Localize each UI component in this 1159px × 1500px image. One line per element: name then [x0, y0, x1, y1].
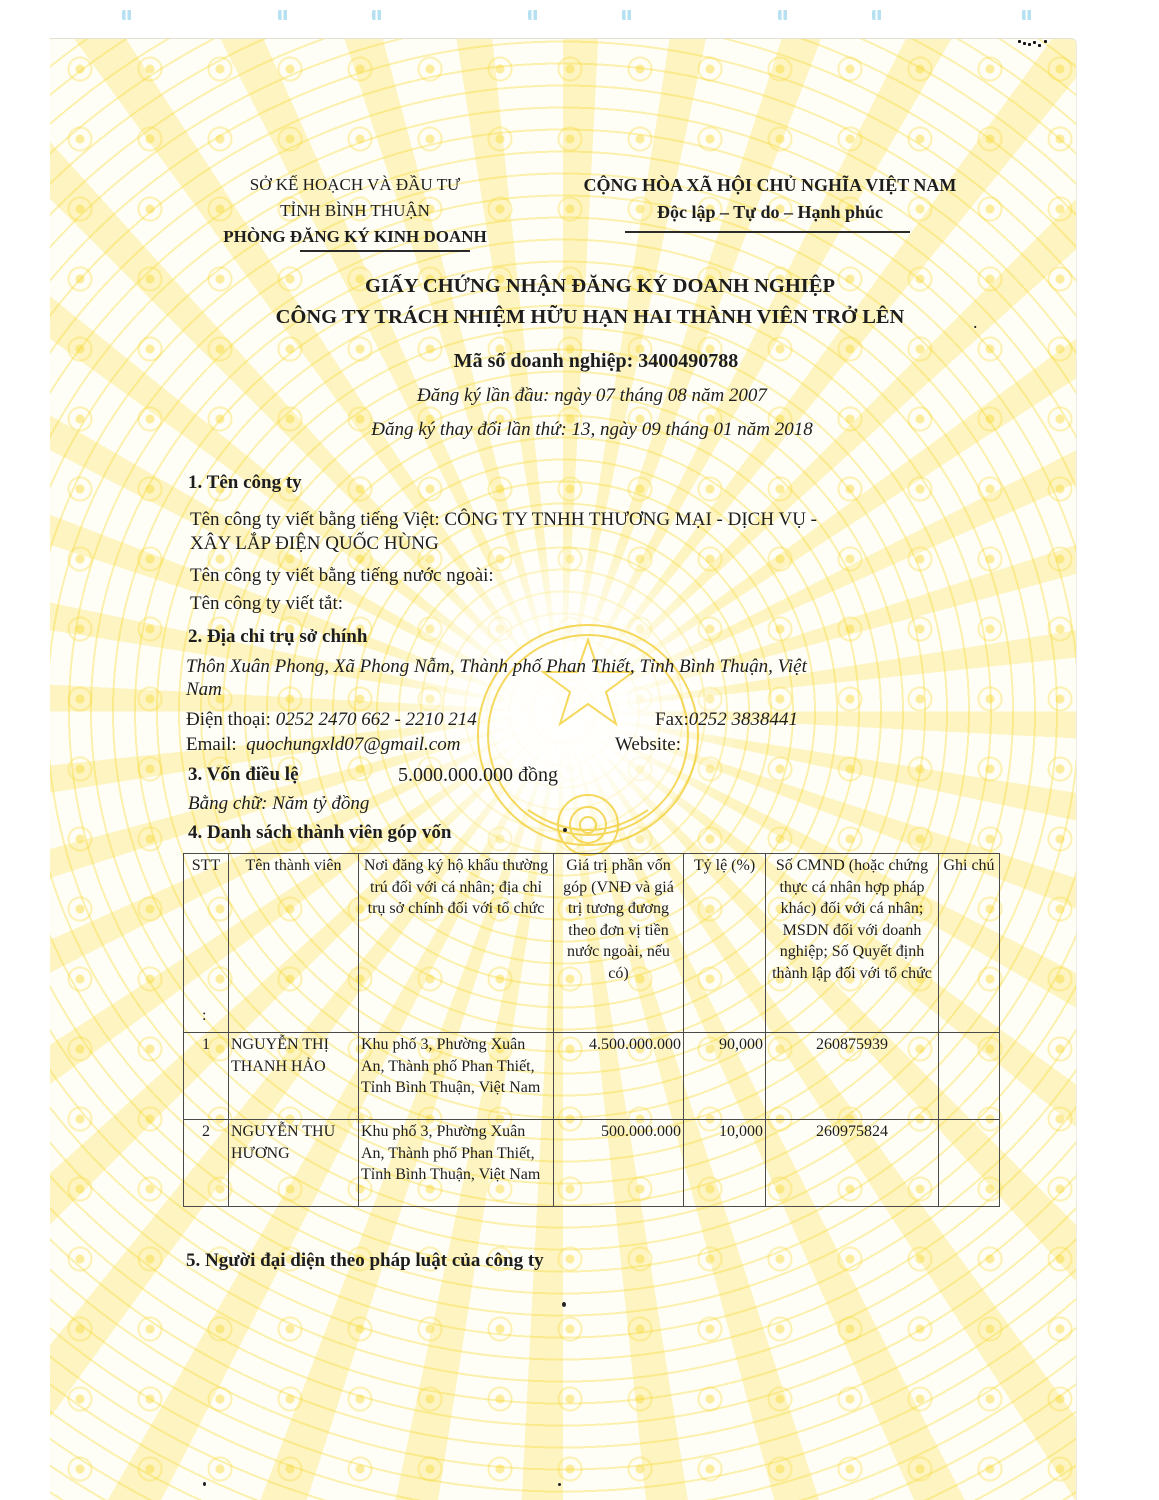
charter-capital-amount: 5.000.000.000 đồng [398, 764, 558, 787]
scanner-marks [0, 10, 1159, 24]
scan-mark [122, 10, 134, 20]
authority-department: SỞ KẾ HOẠCH VÀ ĐẦU TƯ [190, 172, 520, 198]
document-title: GIẤY CHỨNG NHẬN ĐĂNG KÝ DOANH NGHIỆP [180, 275, 1020, 298]
email-value: quochungxld07@gmail.com [246, 734, 460, 755]
scan-mark [278, 10, 290, 20]
fax-label: Fax: [655, 709, 689, 730]
stt-mark: : [202, 1005, 206, 1027]
col-capital-value: Giá trị phần vốn góp (VNĐ và giá trị tươ… [554, 854, 684, 1033]
fax-value: 0252 3838441 [689, 709, 798, 730]
cell-address: Khu phố 3, Phường Xuân An, Thành phố Pha… [359, 1120, 554, 1207]
cell-member-name: NGUYỄN THỊ THANH HẢO [229, 1033, 359, 1120]
first-registration-date: Đăng ký lần đầu: ngày 07 tháng 08 năm 20… [172, 385, 1012, 407]
phone-row: Điện thoại: 0252 2470 662 - 2210 214 [186, 709, 477, 731]
company-name-vietnamese-cont: XÂY LẮP ĐIỆN QUỐC HÙNG [190, 533, 439, 555]
section-2-heading: 2. Địa chỉ trụ sở chính [188, 626, 367, 648]
company-name-short: Tên công ty viết tắt: [190, 593, 343, 615]
section-3-heading: 3. Vốn điều lệ [188, 764, 299, 786]
company-name-vietnamese: Tên công ty viết bằng tiếng Việt: CÔNG T… [190, 509, 817, 531]
section-5-heading: 5. Người đại diện theo pháp luật của côn… [186, 1250, 544, 1272]
section-4-heading: 4. Danh sách thành viên góp vốn [188, 822, 451, 844]
ink-speck [563, 828, 567, 832]
company-type: CÔNG TY TRÁCH NHIỆM HỮU HẠN HAI THÀNH VI… [170, 306, 1010, 329]
header-left-underline [300, 250, 470, 252]
scan-mark [372, 10, 384, 20]
email-label: Email: [186, 734, 237, 755]
corner-ink-specks [1016, 38, 1056, 50]
cell-id-number: 260875939 [766, 1033, 939, 1120]
cell-note [939, 1120, 1000, 1207]
scan-mark [622, 10, 634, 20]
cell-ratio: 10,000 [684, 1120, 766, 1207]
ink-speck [562, 1302, 566, 1307]
national-motto: CỘNG HÒA XÃ HỘI CHỦ NGHĨA VIỆT NAM Độc l… [545, 172, 995, 226]
cell-id-number: 260975824 [766, 1120, 939, 1207]
country-name: CỘNG HÒA XÃ HỘI CHỦ NGHĨA VIỆT NAM [545, 172, 995, 199]
col-registered-address: Nơi đăng ký hộ khẩu thường trú đối với c… [359, 854, 554, 1033]
ink-speck [558, 1483, 561, 1486]
scan-mark [1022, 10, 1034, 20]
head-office-address-cont: Nam [186, 679, 222, 701]
authority-office: PHÒNG ĐĂNG KÝ KINH DOANH [190, 224, 520, 250]
head-office-address: Thôn Xuân Phong, Xã Phong Nẫm, Thành phố… [186, 656, 807, 678]
phone-value: 0252 2470 662 - 2210 214 [276, 709, 477, 730]
header-right-underline [625, 231, 910, 233]
section-1-heading: 1. Tên công ty [188, 472, 302, 494]
phone-label: Điện thoại: [186, 709, 271, 730]
col-stt-label: STT [192, 857, 220, 874]
authority-province: TỈNH BÌNH THUẬN [190, 198, 520, 224]
table-row: 1 NGUYỄN THỊ THANH HẢO Khu phố 3, Phường… [184, 1033, 1000, 1120]
cell-note [939, 1033, 1000, 1120]
ink-speck [203, 1482, 206, 1486]
cell-stt: 2 [184, 1120, 229, 1207]
table-row: 2 NGUYỄN THU HƯƠNG Khu phố 3, Phường Xuâ… [184, 1120, 1000, 1207]
cell-stt: 1 [184, 1033, 229, 1120]
cell-ratio: 90,000 [684, 1033, 766, 1120]
motto: Độc lập – Tự do – Hạnh phúc [545, 199, 995, 226]
col-ratio: Tỷ lệ (%) [684, 854, 766, 1033]
scan-mark [872, 10, 884, 20]
enterprise-code: Mã số doanh nghiệp: 3400490788 [176, 350, 1016, 373]
col-id-number: Số CMND (hoặc chứng thực cá nhân hợp phá… [766, 854, 939, 1033]
col-note: Ghi chú [939, 854, 1000, 1033]
members-table: STT : Tên thành viên Nơi đăng ký hộ khẩu… [183, 853, 1000, 1207]
table-header-row: STT : Tên thành viên Nơi đăng ký hộ khẩu… [184, 854, 1000, 1033]
charter-capital-in-words: Bằng chữ: Năm tỷ đồng [188, 793, 369, 815]
company-name-foreign: Tên công ty viết bằng tiếng nước ngoài: [190, 565, 494, 587]
cell-capital-value: 4.500.000.000 [554, 1033, 684, 1120]
cell-member-name: NGUYỄN THU HƯƠNG [229, 1120, 359, 1207]
website-label: Website: [615, 734, 681, 756]
stray-dot: . [973, 312, 978, 333]
col-member-name: Tên thành viên [229, 854, 359, 1033]
amendment-info: Đăng ký thay đổi lần thứ: 13, ngày 09 th… [172, 419, 1012, 441]
scan-mark [528, 10, 540, 20]
scan-mark [778, 10, 790, 20]
cell-capital-value: 500.000.000 [554, 1120, 684, 1207]
email-row: Email: quochungxld07@gmail.com [186, 734, 460, 756]
fax-row: Fax:0252 3838441 [655, 709, 798, 731]
issuing-authority: SỞ KẾ HOẠCH VÀ ĐẦU TƯ TỈNH BÌNH THUẬN PH… [190, 172, 520, 250]
cell-address: Khu phố 3, Phường Xuân An, Thành phố Pha… [359, 1033, 554, 1120]
col-stt: STT : [184, 854, 229, 1033]
